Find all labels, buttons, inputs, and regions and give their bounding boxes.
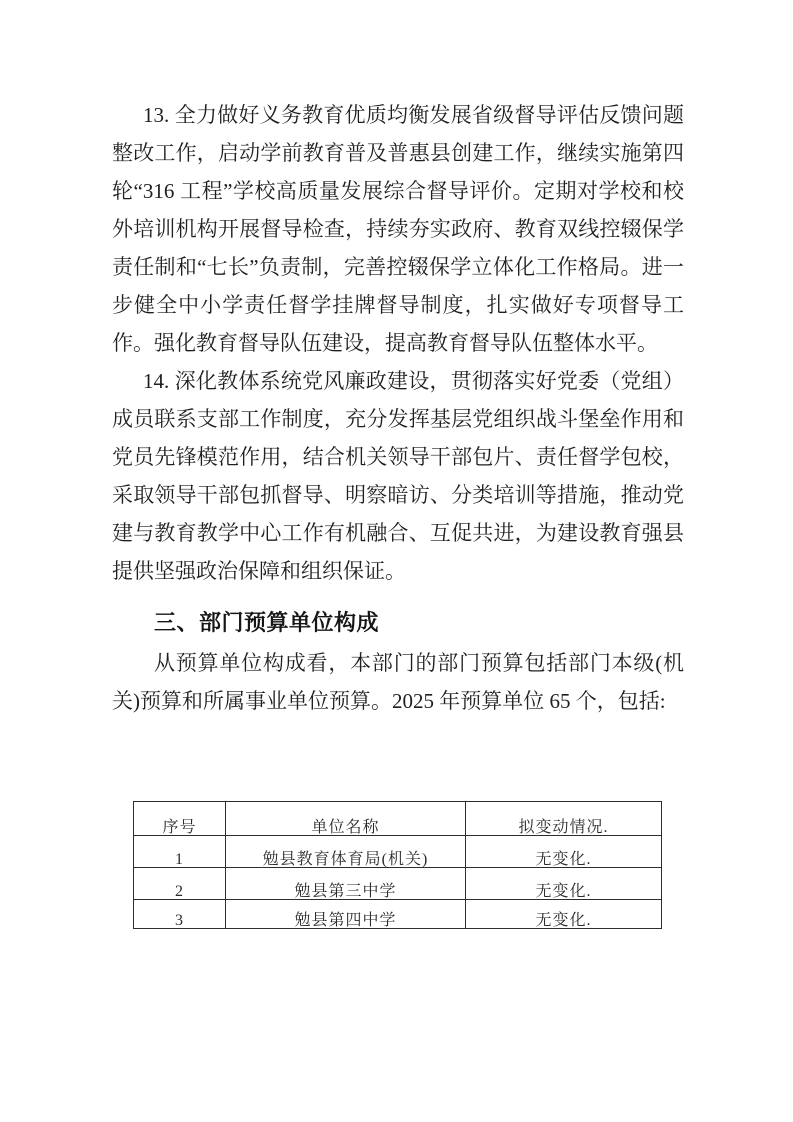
table-row: 2 勉县第三中学 无变化.	[134, 868, 662, 900]
column-header-index-label: 序号	[162, 819, 196, 836]
row-index-value: 2	[175, 883, 184, 900]
row-index-value: 3	[175, 912, 184, 929]
column-header-unit-name: 单位名称	[226, 802, 466, 836]
cell-index: 3	[134, 900, 226, 929]
budget-units-intro: 从预算单位构成看，本部门的部门预算包括部门本级(机关)预算和所属事业单位预算。2…	[112, 644, 684, 720]
document-body: 13. 全力做好义务教育优质均衡发展省级督导评估反馈问题整改工作，启动学前教育普…	[112, 96, 684, 929]
change-status-value: 无变化.	[535, 912, 591, 929]
column-header-change-status: 拟变动情况.	[466, 802, 662, 836]
cell-change-status: 无变化.	[466, 900, 662, 929]
cell-index: 1	[134, 836, 226, 868]
column-header-unit-name-label: 单位名称	[311, 819, 379, 836]
change-status-value: 无变化.	[535, 851, 591, 868]
row-index-value: 1	[175, 851, 184, 868]
paragraph-item-14: 14. 深化教体系统党风廉政建设，贯彻落实好党委（党组）成员联系支部工作制度，充…	[112, 362, 684, 590]
unit-name-value: 勉县第四中学	[294, 912, 396, 929]
table-row: 3 勉县第四中学 无变化.	[134, 900, 662, 929]
table-row: 1 勉县教育体育局(机关) 无变化.	[134, 836, 662, 868]
cell-unit-name: 勉县第四中学	[226, 900, 466, 929]
paragraph-item-13: 13. 全力做好义务教育优质均衡发展省级督导评估反馈问题整改工作，启动学前教育普…	[112, 96, 684, 362]
section-heading-budget-units: 三、部门预算单位构成	[112, 604, 684, 642]
budget-units-table: 序号 单位名称 拟变动情况. 1 勉县教育体育局(机关)	[133, 801, 662, 929]
cell-change-status: 无变化.	[466, 836, 662, 868]
cell-index: 2	[134, 868, 226, 900]
cell-unit-name: 勉县教育体育局(机关)	[226, 836, 466, 868]
cell-change-status: 无变化.	[466, 868, 662, 900]
change-status-value: 无变化.	[535, 883, 591, 900]
column-header-index: 序号	[134, 802, 226, 836]
cell-unit-name: 勉县第三中学	[226, 868, 466, 900]
document-page: 13. 全力做好义务教育优质均衡发展省级督导评估反馈问题整改工作，启动学前教育普…	[0, 0, 793, 1122]
table-header-row: 序号 单位名称 拟变动情况.	[134, 802, 662, 836]
unit-name-value: 勉县教育体育局(机关)	[263, 851, 429, 868]
column-header-change-status-label: 拟变动情况.	[518, 819, 608, 836]
unit-name-value: 勉县第三中学	[294, 883, 396, 900]
